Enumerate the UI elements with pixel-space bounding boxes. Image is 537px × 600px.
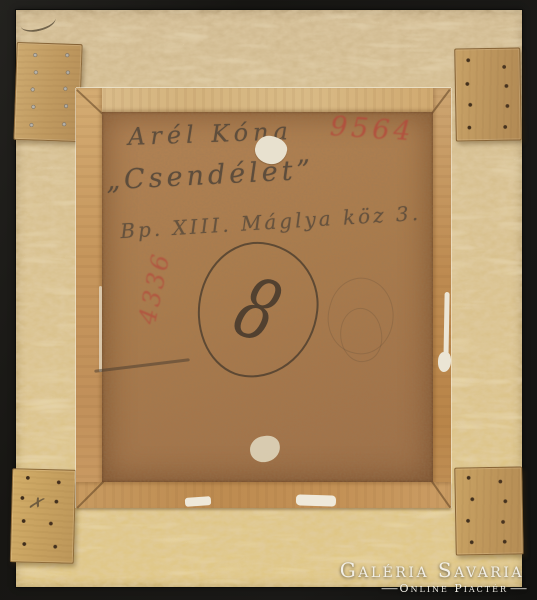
inventory-number-red-top: 9564 — [329, 111, 416, 148]
watermark-dash-left: — — [380, 582, 398, 595]
inventory-number-red-side: 4336 — [133, 249, 176, 326]
paint-chip — [185, 496, 212, 507]
inscription-address: Bp. XIII. Máglya köz 3. — [120, 201, 422, 243]
stretcher-bar-top — [76, 88, 451, 112]
canvas-board: Arél Kóna „Csendélet” Bp. XIII. Máglya k… — [102, 112, 433, 482]
canvas-damage-spot — [249, 435, 282, 464]
framed-painting-back-photo: ✗ Arél Kóna „Csendélet” Bp. XIII. Máglya… — [0, 0, 537, 600]
pencil-circle: 8 — [191, 236, 325, 384]
corner-plate-top-right — [454, 47, 522, 141]
corner-plate-bottom-right — [454, 466, 524, 555]
stretcher-bar-bottom — [76, 482, 451, 508]
corner-plate-top-left — [13, 42, 82, 142]
watermark-subtitle: Online Piactér — [400, 582, 509, 595]
pencil-underline — [94, 358, 190, 372]
watermark-title: Galéria Savaria — [340, 560, 524, 581]
paint-chip — [296, 494, 336, 506]
inscription-title: „Csendélet” — [105, 155, 315, 197]
circled-number: 8 — [226, 264, 291, 356]
pencil-mark-on-plate: ✗ — [26, 492, 45, 515]
watermark-dash-right: — — [510, 582, 528, 595]
gallery-watermark: Galéria Savaria — Online Piactér — — [340, 560, 524, 595]
corner-plate-bottom-left: ✗ — [10, 468, 76, 564]
watermark-subtitle-row: — Online Piactér — — [340, 582, 524, 595]
